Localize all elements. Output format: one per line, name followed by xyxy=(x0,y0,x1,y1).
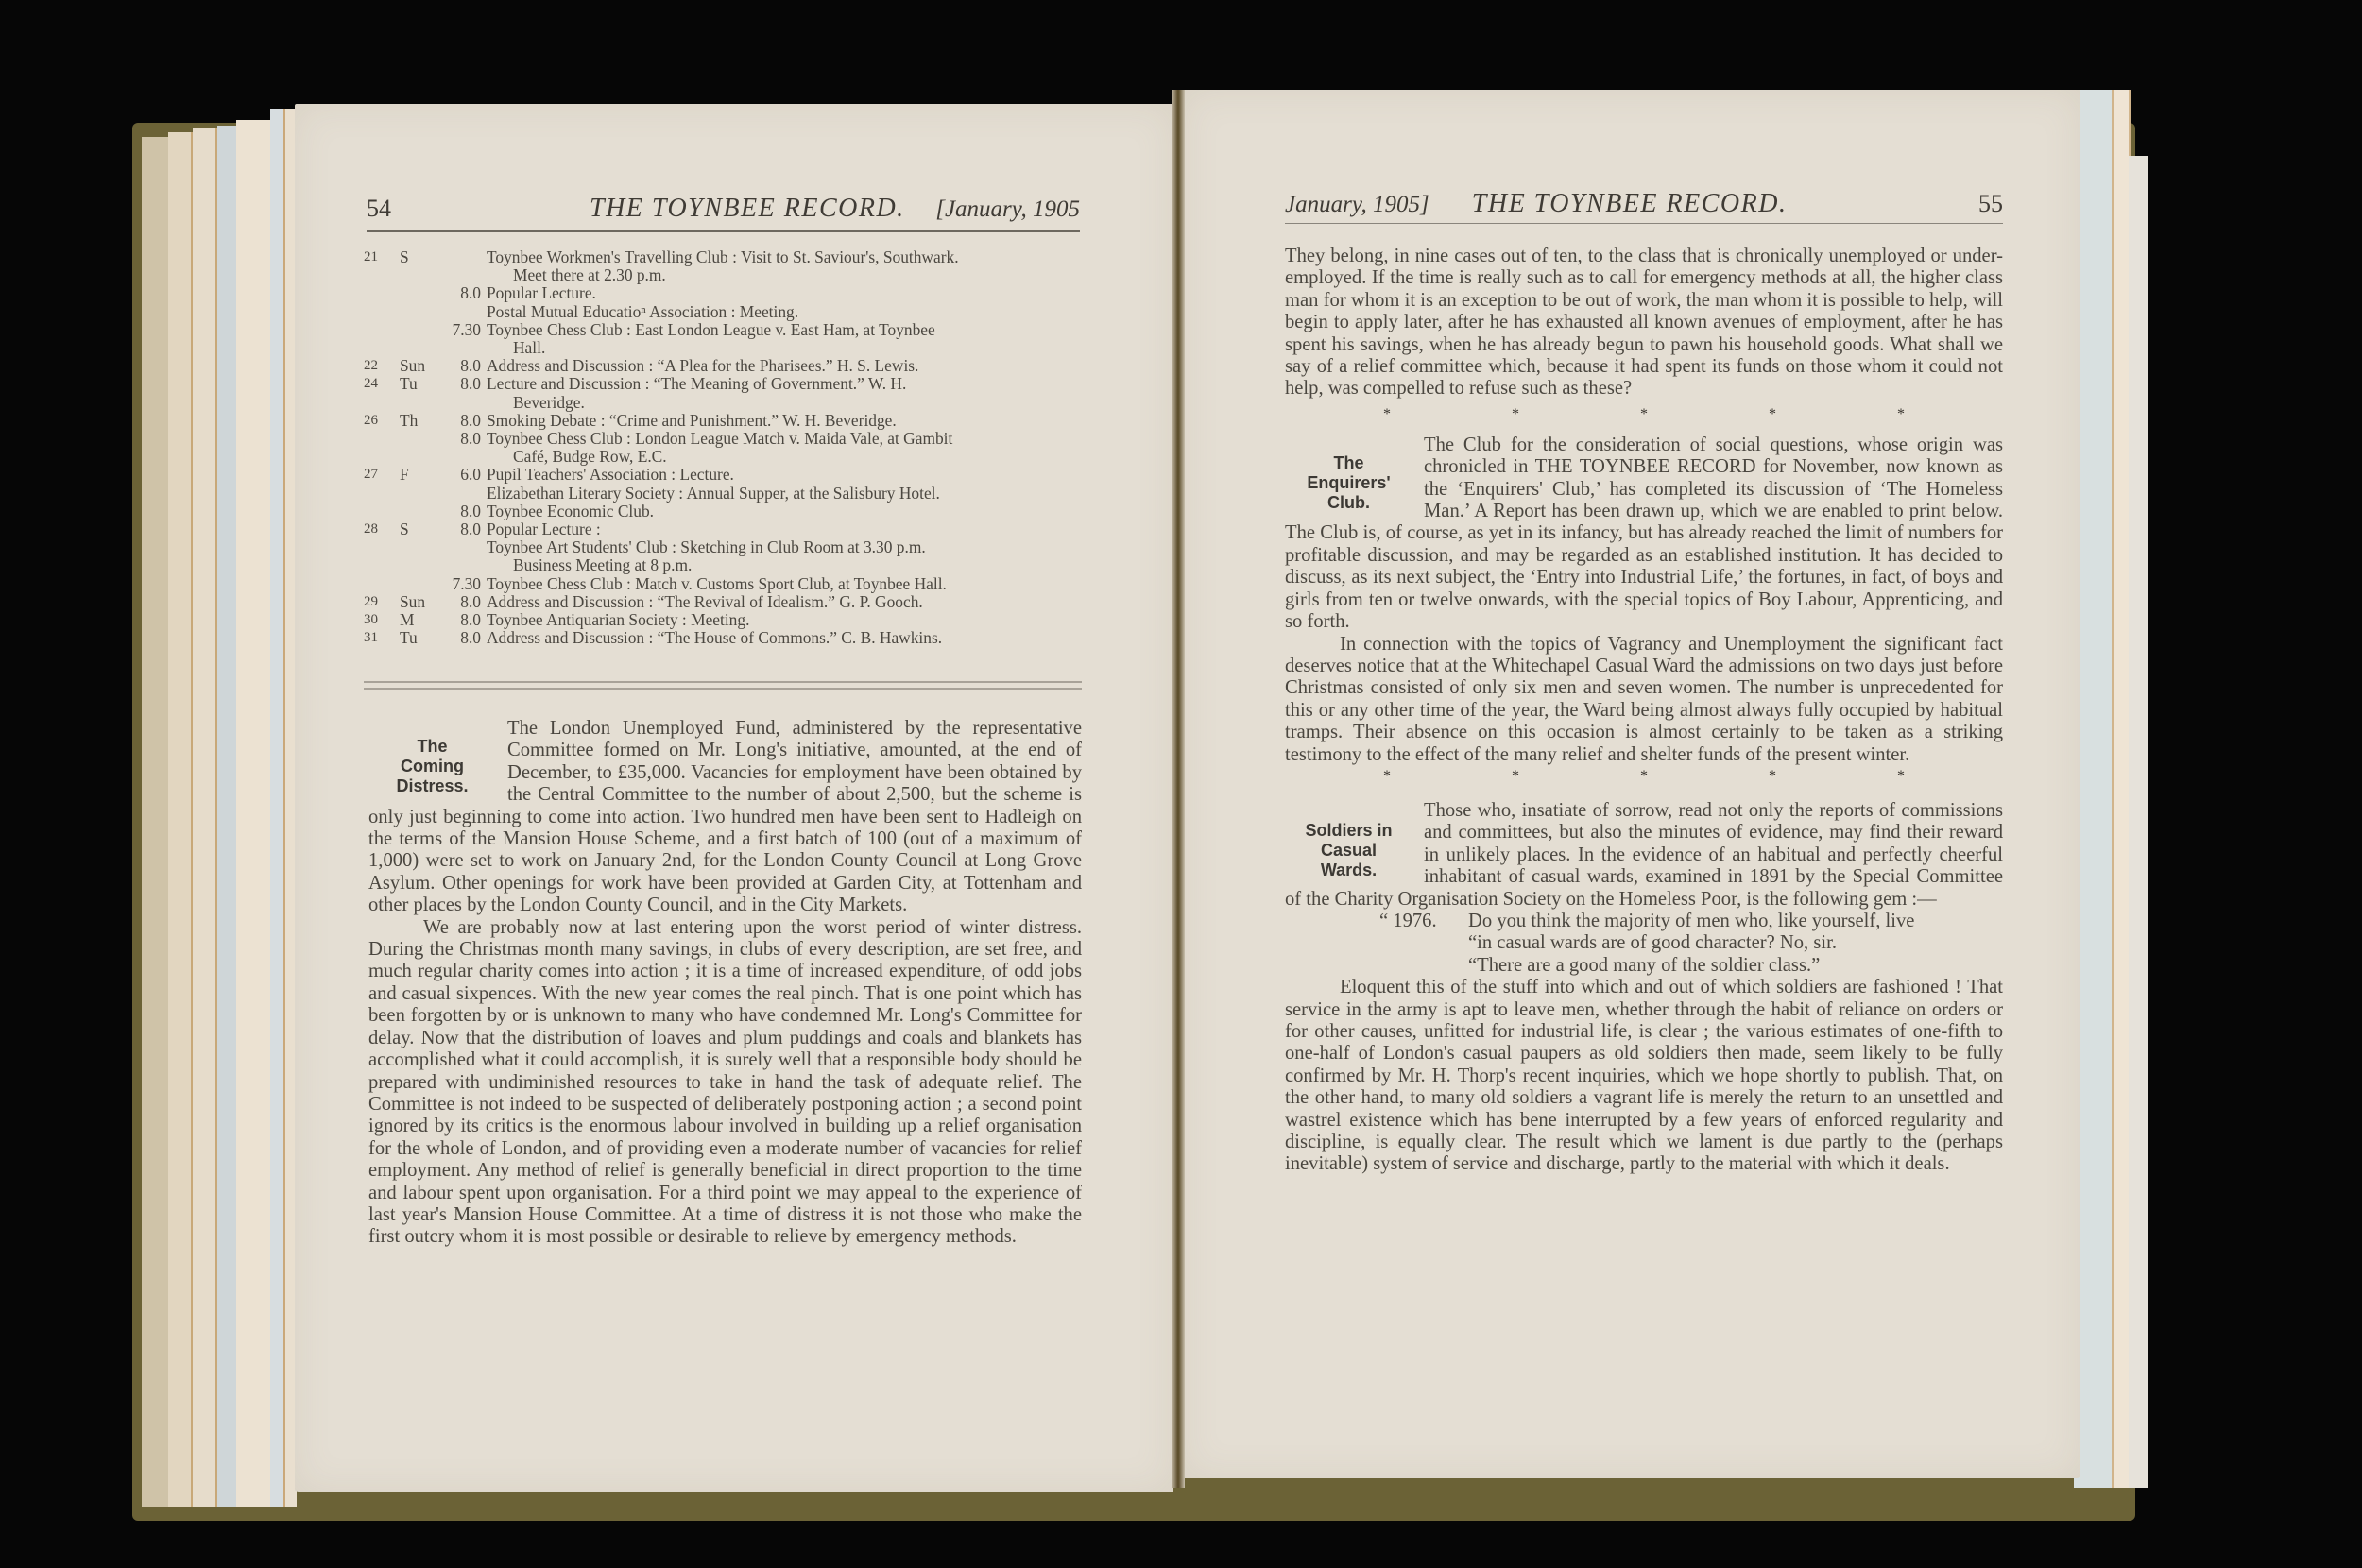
calendar-day: 31 xyxy=(364,629,400,647)
calendar-day xyxy=(364,485,400,503)
paragraph: In connection with the topics of Vagranc… xyxy=(1285,634,2003,766)
calendar-event-continuation: Beveridge. xyxy=(487,394,1082,412)
article-soldiers-casual-wards: Soldiers in Casual Wards. Those who, ins… xyxy=(1285,800,2003,1176)
section-separator: * * * * * xyxy=(1285,766,2003,787)
calendar-time: 8.0 xyxy=(434,629,487,647)
calendar-event: Toynbee Art Students' Club : Sketching i… xyxy=(487,538,1082,574)
calendar-time: 8.0 xyxy=(434,430,487,466)
calendar-day xyxy=(364,321,400,357)
sidehead-soldiers-casual-wards: Soldiers in Casual Wards. xyxy=(1285,800,1412,880)
calendar-event: Smoking Debate : “Crime and Punishment.”… xyxy=(487,412,1082,430)
calendar-event-continuation: Business Meeting at 8 p.m. xyxy=(487,556,1082,574)
calendar-entry: 7.30Toynbee Chess Club : East London Lea… xyxy=(364,321,1082,357)
calendar-time: 8.0 xyxy=(434,611,487,629)
calendar-entry: 24Tu8.0Lecture and Discussion : “The Mea… xyxy=(364,375,1082,411)
calendar-day: 29 xyxy=(364,593,400,611)
calendar-event: Popular Lecture : xyxy=(487,520,1082,538)
header-rule xyxy=(367,230,1080,232)
calendar-time: 8.0 xyxy=(434,284,487,302)
calendar-event: Elizabethan Literary Society : Annual Su… xyxy=(487,485,1082,503)
right-page-body: They belong, in nine cases out of ten, t… xyxy=(1285,246,2003,1176)
running-title: THE TOYNBEE RECORD. xyxy=(590,194,905,224)
calendar-event: Toynbee Economic Club. xyxy=(487,503,1082,520)
calendar-weekday: Sun xyxy=(400,357,434,375)
calendar-weekday: Tu xyxy=(400,375,434,411)
calendar-weekday: Tu xyxy=(400,629,434,647)
calendar-day: 30 xyxy=(364,611,400,629)
right-page-edges xyxy=(2074,90,2149,1488)
calendar-time xyxy=(434,303,487,321)
calendar-entry: 7.30Toynbee Chess Club : Match v. Custom… xyxy=(364,575,1082,593)
calendar-time: 8.0 xyxy=(434,520,487,538)
calendar-weekday xyxy=(400,430,434,466)
calendar-entry: Elizabethan Literary Society : Annual Su… xyxy=(364,485,1082,503)
calendar-weekday xyxy=(400,303,434,321)
calendar-day xyxy=(364,538,400,574)
right-running-head: January, 1905] THE TOYNBEE RECORD. 55 xyxy=(1285,189,2003,219)
calendar-day xyxy=(364,284,400,302)
calendar-weekday: S xyxy=(400,520,434,538)
calendar-event: Address and Discussion : “The House of C… xyxy=(487,629,1082,647)
calendar-time: 8.0 xyxy=(434,593,487,611)
calendar-time: 8.0 xyxy=(434,375,487,411)
calendar-day: 26 xyxy=(364,412,400,430)
paragraph: Eloquent this of the stuff into which an… xyxy=(1285,977,2003,1176)
book-gutter xyxy=(1172,90,1185,1488)
calendar-time: 7.30 xyxy=(434,575,487,593)
running-date: January, 1905] xyxy=(1285,192,1429,218)
sidehead-enquirers-club: The Enquirers' Club. xyxy=(1285,435,1412,513)
calendar-entry: Postal Mutual Educatioⁿ Association : Me… xyxy=(364,303,1082,321)
calendar-entry: 27F6.0Pupil Teachers' Association : Lect… xyxy=(364,466,1082,484)
calendar-weekday: F xyxy=(400,466,434,484)
calendar-event: Toynbee Workmen's Travelling Club : Visi… xyxy=(487,248,1082,284)
calendar-day xyxy=(364,303,400,321)
calendar-time: 7.30 xyxy=(434,321,487,357)
page-number: 55 xyxy=(1978,190,2003,218)
calendar-entry: 21SToynbee Workmen's Travelling Club : V… xyxy=(364,248,1082,284)
continuation-paragraph: They belong, in nine cases out of ten, t… xyxy=(1285,246,2003,401)
calendar-time xyxy=(434,538,487,574)
article-coming-distress: The Coming Distress. The London Unemploy… xyxy=(368,718,1082,1249)
calendar-event: Postal Mutual Educatioⁿ Association : Me… xyxy=(487,303,1082,321)
evidence-quote: “ 1976.Do you think the majority of men … xyxy=(1285,911,2003,977)
calendar-event: Toynbee Chess Club : Match v. Customs Sp… xyxy=(487,575,1082,593)
calendar-event: Toynbee Antiquarian Society : Meeting. xyxy=(487,611,1082,629)
calendar-time: 8.0 xyxy=(434,503,487,520)
calendar-weekday: Th xyxy=(400,412,434,430)
section-separator: * * * * * xyxy=(1285,404,2003,425)
calendar-time: 8.0 xyxy=(434,412,487,430)
calendar-time: 8.0 xyxy=(434,357,487,375)
left-page-edges xyxy=(142,109,302,1507)
calendar-weekday xyxy=(400,321,434,357)
calendar-weekday xyxy=(400,538,434,574)
article-enquirers-club: The Enquirers' Club. The Club for the co… xyxy=(1285,435,2003,766)
header-rule xyxy=(1285,223,2003,224)
calendar-day: 22 xyxy=(364,357,400,375)
calendar-weekday: S xyxy=(400,248,434,284)
calendar-entry: 8.0Toynbee Chess Club : London League Ma… xyxy=(364,430,1082,466)
calendar-entry: 29Sun8.0Address and Discussion : “The Re… xyxy=(364,593,1082,611)
calendar-event: Lecture and Discussion : “The Meaning of… xyxy=(487,375,1082,411)
calendar-day xyxy=(364,503,400,520)
calendar-day: 27 xyxy=(364,466,400,484)
events-calendar: 21SToynbee Workmen's Travelling Club : V… xyxy=(364,248,1082,647)
calendar-entry: 26Th8.0Smoking Debate : “Crime and Punis… xyxy=(364,412,1082,430)
calendar-day: 21 xyxy=(364,248,400,284)
sidehead-coming-distress: The Coming Distress. xyxy=(368,718,496,796)
calendar-time xyxy=(434,485,487,503)
calendar-event-continuation: Meet there at 2.30 p.m. xyxy=(487,266,1082,284)
calendar-event: Address and Discussion : “The Revival of… xyxy=(487,593,1082,611)
calendar-event: Address and Discussion : “A Plea for the… xyxy=(487,357,1082,375)
running-title: THE TOYNBEE RECORD. xyxy=(1472,189,1788,219)
calendar-event: Toynbee Chess Club : London League Match… xyxy=(487,430,1082,466)
calendar-weekday xyxy=(400,503,434,520)
calendar-day xyxy=(364,430,400,466)
calendar-day: 24 xyxy=(364,375,400,411)
calendar-event-continuation: Hall. xyxy=(487,339,1082,357)
calendar-weekday: Sun xyxy=(400,593,434,611)
calendar-time xyxy=(434,248,487,284)
left-running-head: 54 THE TOYNBEE RECORD. [January, 1905 xyxy=(367,194,1080,224)
calendar-entry: Toynbee Art Students' Club : Sketching i… xyxy=(364,538,1082,574)
calendar-event: Popular Lecture. xyxy=(487,284,1082,302)
calendar-weekday xyxy=(400,284,434,302)
paragraph: We are probably now at last entering upo… xyxy=(368,917,1082,1249)
calendar-day xyxy=(364,575,400,593)
calendar-weekday xyxy=(400,485,434,503)
calendar-day: 28 xyxy=(364,520,400,538)
calendar-weekday xyxy=(400,575,434,593)
calendar-event: Toynbee Chess Club : East London League … xyxy=(487,321,1082,357)
calendar-entry: 28S8.0Popular Lecture : xyxy=(364,520,1082,538)
calendar-entry: 30M8.0Toynbee Antiquarian Society : Meet… xyxy=(364,611,1082,629)
calendar-event-continuation: Café, Budge Row, E.C. xyxy=(487,448,1082,466)
running-date: [January, 1905 xyxy=(935,196,1080,223)
calendar-entry: 22Sun8.0Address and Discussion : “A Plea… xyxy=(364,357,1082,375)
calendar-event: Pupil Teachers' Association : Lecture. xyxy=(487,466,1082,484)
calendar-time: 6.0 xyxy=(434,466,487,484)
calendar-entry: 8.0Popular Lecture. xyxy=(364,284,1082,302)
section-divider xyxy=(364,681,1082,690)
calendar-entry: 8.0Toynbee Economic Club. xyxy=(364,503,1082,520)
evidence-number: “ 1976. xyxy=(1379,911,1468,932)
calendar-weekday: M xyxy=(400,611,434,629)
calendar-entry: 31Tu8.0Address and Discussion : “The Hou… xyxy=(364,629,1082,647)
page-number: 54 xyxy=(367,195,391,223)
